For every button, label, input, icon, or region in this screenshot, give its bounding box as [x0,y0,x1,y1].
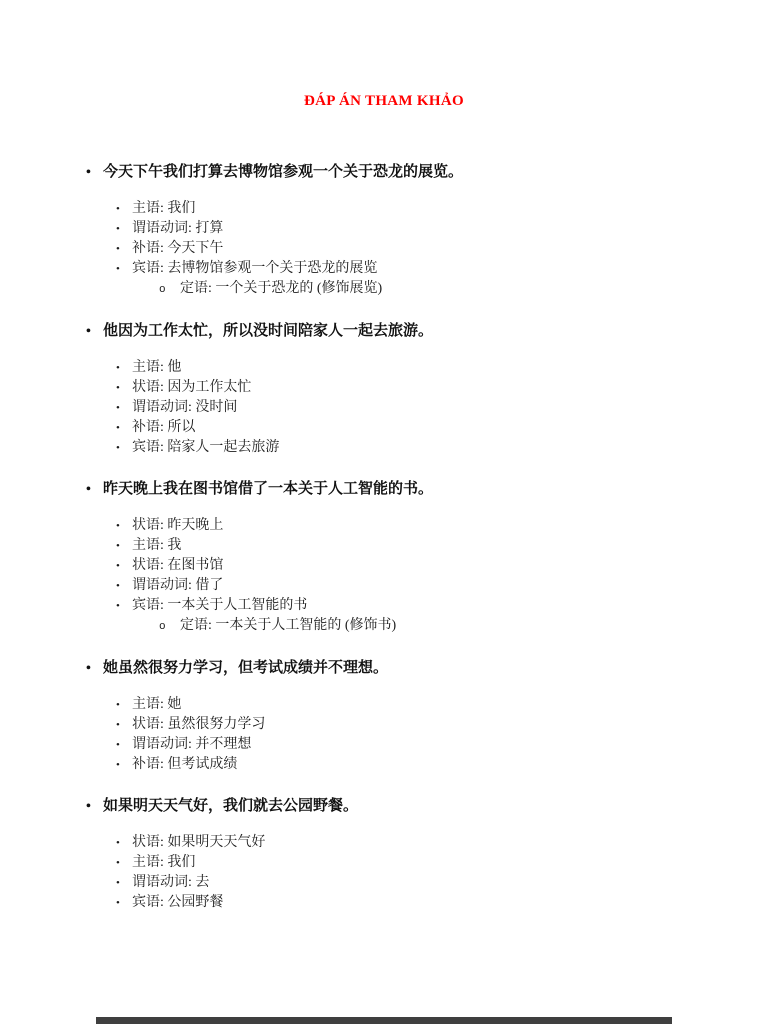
analysis-item: • 主语: 我 [0,536,768,556]
analysis-item: • 主语: 我们 [0,853,768,873]
sentence-text: 他因为工作太忙，所以没时间陪家人一起去旅游。 [103,321,433,342]
analysis-item: • 状语: 因为工作太忙 [0,378,768,398]
analysis-item: • 谓语动词: 并不理想 [0,735,768,755]
exercise-item-5: • 如果明天天气好，我们就去公园野餐。 • 状语: 如果明天天气好 • 主语: … [0,796,768,913]
page-title: ĐÁP ÁN THAM KHẢO [0,0,768,110]
analysis-item: • 补语: 今天下午 [0,239,768,259]
analysis-item: • 补语: 但考试成绩 [0,755,768,775]
item-text: 状语: 如果明天天气好 [132,833,265,853]
next-page-edge [96,1017,672,1024]
item-bullet-icon: • [116,199,132,219]
analysis-item: • 状语: 虽然很努力学习 [0,715,768,735]
exercise-item-3: • 昨天晚上我在图书馆借了一本关于人工智能的书。 • 状语: 昨天晚上 • 主语… [0,479,768,637]
item-bullet-icon: • [116,735,132,755]
item-bullet-icon: • [116,239,132,259]
item-bullet-icon: • [116,398,132,418]
item-bullet-icon: • [116,438,132,458]
item-bullet-icon: • [116,576,132,596]
sentence-row: • 昨天晚上我在图书馆借了一本关于人工智能的书。 [0,479,768,500]
exercise-item-1: • 今天下午我们打算去博物馆参观一个关于恐龙的展览。 • 主语: 我们 • 谓语… [0,162,768,300]
item-text: 谓语动词: 没时间 [132,398,237,418]
item-text: 谓语动词: 打算 [132,219,223,239]
exercise-item-4: • 她虽然很努力学习，但考试成绩并不理想。 • 主语: 她 • 状语: 虽然很努… [0,658,768,775]
analysis-item: • 谓语动词: 没时间 [0,398,768,418]
analysis-list: • 主语: 她 • 状语: 虽然很努力学习 • 谓语动词: 并不理想 • 补语:… [0,695,768,775]
document-page: ĐÁP ÁN THAM KHẢO • 今天下午我们打算去博物馆参观一个关于恐龙的… [0,0,768,1024]
circle-bullet-icon: o [159,280,180,300]
item-text: 主语: 我们 [132,199,195,219]
analysis-list: • 状语: 如果明天天气好 • 主语: 我们 • 谓语动词: 去 • 宾语: 公… [0,833,768,913]
item-text: 谓语动词: 借了 [132,576,223,596]
bullet-icon: • [86,162,103,183]
item-bullet-icon: • [116,219,132,239]
item-bullet-icon: • [116,556,132,576]
sentence-text: 今天下午我们打算去博物馆参观一个关于恐龙的展览。 [103,162,463,183]
analysis-item: • 主语: 我们 [0,199,768,219]
analysis-item: • 状语: 如果明天天气好 [0,833,768,853]
sentence-row: • 今天下午我们打算去博物馆参观一个关于恐龙的展览。 [0,162,768,183]
item-bullet-icon: • [116,873,132,893]
sentence-row: • 她虽然很努力学习，但考试成绩并不理想。 [0,658,768,679]
item-text: 补语: 今天下午 [132,239,223,259]
bullet-icon: • [86,658,103,679]
item-text: 状语: 虽然很努力学习 [132,715,265,735]
item-text: 状语: 在图书馆 [132,556,223,576]
sub-item-text: 定语: 一本关于人工智能的 (修饰书) [180,616,396,636]
sub-item-text: 定语: 一个关于恐龙的 (修饰展览) [180,279,382,299]
item-text: 宾语: 公园野餐 [132,893,223,913]
item-bullet-icon: • [116,358,132,378]
item-bullet-icon: • [116,596,132,616]
exercise-item-2: • 他因为工作太忙，所以没时间陪家人一起去旅游。 • 主语: 他 • 状语: 因… [0,321,768,458]
analysis-item: • 状语: 昨天晚上 [0,516,768,536]
analysis-item: • 谓语动词: 去 [0,873,768,893]
analysis-item: • 主语: 他 [0,358,768,378]
item-text: 宾语: 去博物馆参观一个关于恐龙的展览 [132,259,377,279]
analysis-list: • 主语: 他 • 状语: 因为工作太忙 • 谓语动词: 没时间 • 补语: 所… [0,358,768,458]
item-text: 状语: 因为工作太忙 [132,378,251,398]
analysis-item: • 宾语: 陪家人一起去旅游 [0,438,768,458]
item-bullet-icon: • [116,755,132,775]
item-bullet-icon: • [116,378,132,398]
item-text: 主语: 他 [132,358,181,378]
item-bullet-icon: • [116,516,132,536]
sub-analysis-item: o 定语: 一个关于恐龙的 (修饰展览) [0,279,768,300]
item-bullet-icon: • [116,715,132,735]
item-text: 主语: 我们 [132,853,195,873]
analysis-item: • 主语: 她 [0,695,768,715]
analysis-item: • 补语: 所以 [0,418,768,438]
item-bullet-icon: • [116,536,132,556]
item-text: 主语: 我 [132,536,181,556]
analysis-item: • 宾语: 公园野餐 [0,893,768,913]
sentence-text: 她虽然很努力学习，但考试成绩并不理想。 [103,658,388,679]
analysis-item: • 宾语: 去博物馆参观一个关于恐龙的展览 [0,259,768,279]
item-text: 补语: 但考试成绩 [132,755,237,775]
bullet-icon: • [86,796,103,817]
analysis-list: • 主语: 我们 • 谓语动词: 打算 • 补语: 今天下午 • 宾语: 去博物… [0,199,768,300]
item-text: 谓语动词: 去 [132,873,209,893]
bullet-icon: • [86,321,103,342]
analysis-list: • 状语: 昨天晚上 • 主语: 我 • 状语: 在图书馆 • 谓语动词: 借了… [0,516,768,637]
item-bullet-icon: • [116,695,132,715]
sentence-row: • 他因为工作太忙，所以没时间陪家人一起去旅游。 [0,321,768,342]
analysis-item: • 宾语: 一本关于人工智能的书 [0,596,768,616]
item-text: 宾语: 陪家人一起去旅游 [132,438,279,458]
sentence-text: 昨天晚上我在图书馆借了一本关于人工智能的书。 [103,479,433,500]
item-bullet-icon: • [116,853,132,873]
sub-analysis-item: o 定语: 一本关于人工智能的 (修饰书) [0,616,768,637]
sentence-text: 如果明天天气好，我们就去公园野餐。 [103,796,358,817]
analysis-item: • 谓语动词: 打算 [0,219,768,239]
exercise-list: • 今天下午我们打算去博物馆参观一个关于恐龙的展览。 • 主语: 我们 • 谓语… [0,162,768,913]
item-text: 主语: 她 [132,695,181,715]
item-bullet-icon: • [116,418,132,438]
item-bullet-icon: • [116,893,132,913]
item-bullet-icon: • [116,833,132,853]
bullet-icon: • [86,479,103,500]
sentence-row: • 如果明天天气好，我们就去公园野餐。 [0,796,768,817]
circle-bullet-icon: o [159,617,180,637]
item-text: 谓语动词: 并不理想 [132,735,251,755]
item-text: 补语: 所以 [132,418,195,438]
analysis-item: • 状语: 在图书馆 [0,556,768,576]
item-text: 状语: 昨天晚上 [132,516,223,536]
analysis-item: • 谓语动词: 借了 [0,576,768,596]
item-bullet-icon: • [116,259,132,279]
item-text: 宾语: 一本关于人工智能的书 [132,596,307,616]
